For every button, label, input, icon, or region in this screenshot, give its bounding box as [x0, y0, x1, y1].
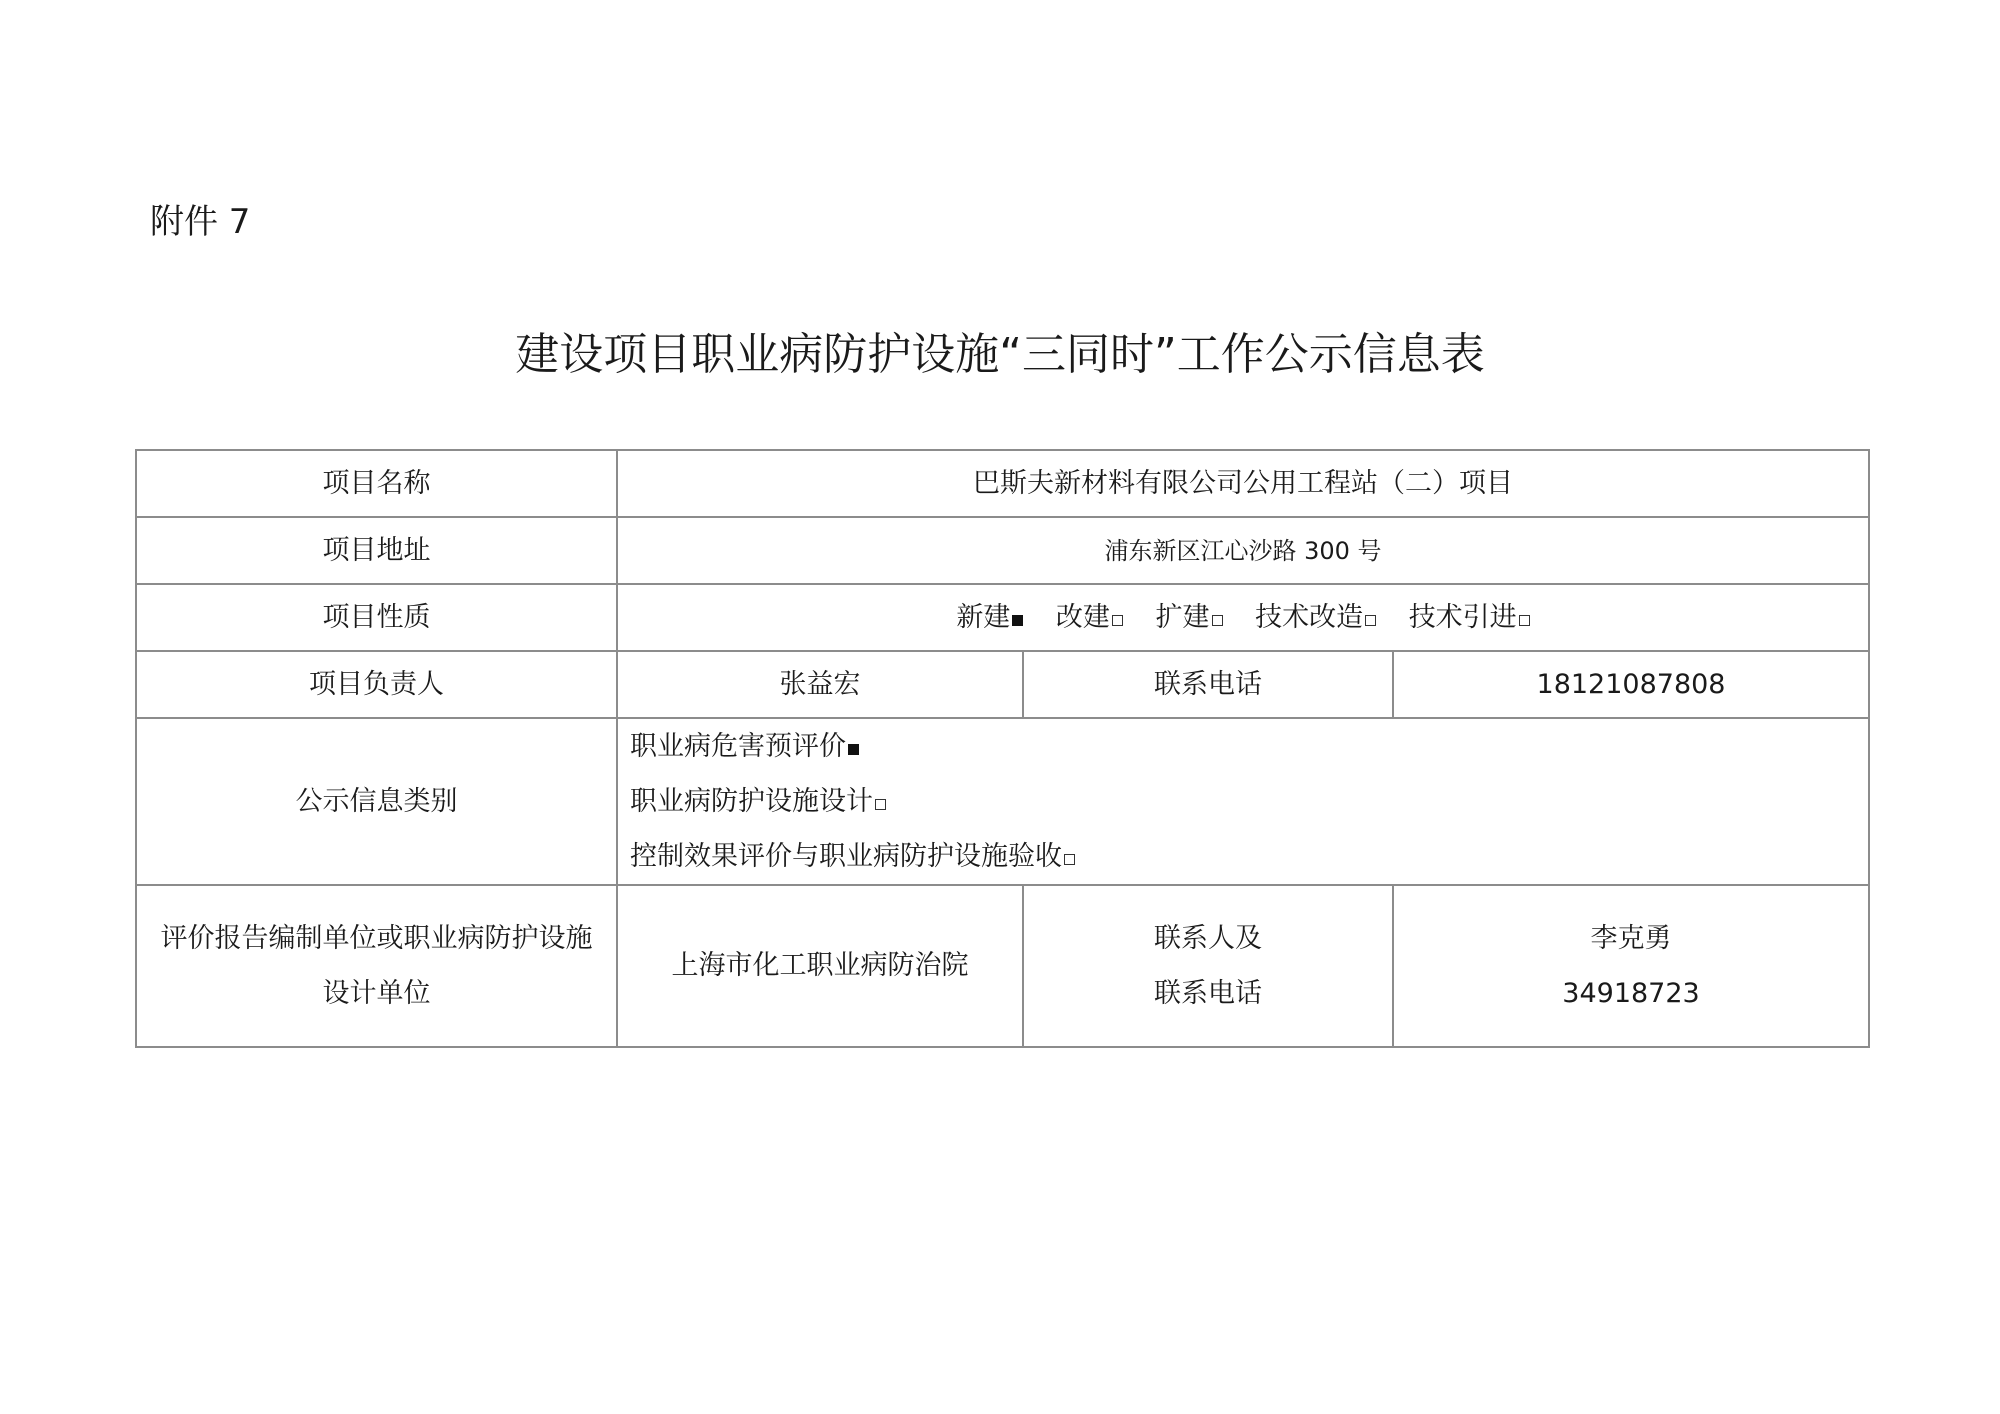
unchecked-box-icon	[1365, 615, 1376, 626]
table-row-info-category: 公示信息类别 职业病危害预评价 职业病防护设施设计 控制效果评价与职业病防护设施…	[136, 718, 1869, 885]
nature-option-label: 扩建	[1156, 602, 1210, 633]
contact-phone: 34918723	[1404, 966, 1858, 1021]
info-category-label: 公示信息类别	[136, 718, 617, 885]
project-name-label: 项目名称	[136, 450, 617, 517]
attachment-label: 附件 7	[150, 200, 250, 244]
evaluation-unit-label: 评价报告编制单位或职业病防护设施 设计单位	[136, 885, 617, 1047]
contact-name: 李克勇	[1404, 911, 1858, 966]
nature-option-expand[interactable]: 扩建	[1156, 598, 1223, 638]
checked-box-icon	[848, 744, 859, 755]
lead-phone-label: 联系电话	[1023, 651, 1393, 718]
evaluation-unit-label-line2: 设计单位	[147, 966, 606, 1021]
category-option-label: 职业病危害预评价	[630, 731, 846, 762]
evaluation-unit-label-line1: 评价报告编制单位或职业病防护设施	[147, 911, 606, 966]
contact-label: 联系人及 联系电话	[1023, 885, 1393, 1047]
contact-label-line1: 联系人及	[1034, 911, 1382, 966]
unchecked-box-icon	[1519, 615, 1530, 626]
nature-option-label: 技术改造	[1255, 602, 1363, 633]
table-row-project-address: 项目地址 浦东新区江心沙路 300 号	[136, 517, 1869, 584]
evaluation-unit-value: 上海市化工职业病防治院	[617, 885, 1023, 1047]
nature-option-label: 改建	[1056, 602, 1110, 633]
category-option-facility-design[interactable]: 职业病防护设施设计	[630, 774, 1858, 829]
category-option-label: 职业病防护设施设计	[630, 786, 873, 817]
nature-option-label: 技术引进	[1409, 602, 1517, 633]
project-lead-value: 张益宏	[617, 651, 1023, 718]
project-name-value: 巴斯夫新材料有限公司公用工程站（二）项目	[617, 450, 1869, 517]
project-lead-label: 项目负责人	[136, 651, 617, 718]
nature-option-new[interactable]: 新建	[956, 598, 1023, 638]
info-table: 项目名称 巴斯夫新材料有限公司公用工程站（二）项目 项目地址 浦东新区江心沙路 …	[135, 449, 1870, 1048]
nature-option-label: 新建	[956, 602, 1010, 633]
category-option-pre-evaluation[interactable]: 职业病危害预评价	[630, 719, 1858, 774]
nature-option-tech-import[interactable]: 技术引进	[1409, 598, 1530, 638]
info-category-options: 职业病危害预评价 职业病防护设施设计 控制效果评价与职业病防护设施验收	[617, 718, 1869, 885]
table-row-project-name: 项目名称 巴斯夫新材料有限公司公用工程站（二）项目	[136, 450, 1869, 517]
table-row-project-lead: 项目负责人 张益宏 联系电话 18121087808	[136, 651, 1869, 718]
category-option-label: 控制效果评价与职业病防护设施验收	[630, 841, 1062, 872]
lead-phone-value: 18121087808	[1393, 651, 1869, 718]
nature-option-tech-renovation[interactable]: 技术改造	[1255, 598, 1376, 638]
unchecked-box-icon	[1064, 854, 1075, 865]
contact-value: 李克勇 34918723	[1393, 885, 1869, 1047]
nature-option-rebuild[interactable]: 改建	[1056, 598, 1123, 638]
unchecked-box-icon	[875, 799, 886, 810]
unchecked-box-icon	[1112, 615, 1123, 626]
project-nature-label: 项目性质	[136, 584, 617, 651]
category-option-control-effect-acceptance[interactable]: 控制效果评价与职业病防护设施验收	[630, 829, 1858, 884]
table-row-evaluation-unit: 评价报告编制单位或职业病防护设施 设计单位 上海市化工职业病防治院 联系人及 联…	[136, 885, 1869, 1047]
project-address-value: 浦东新区江心沙路 300 号	[617, 517, 1869, 584]
table-row-project-nature: 项目性质 新建 改建 扩建 技术改造 技术引进	[136, 584, 1869, 651]
checked-box-icon	[1012, 615, 1023, 626]
unchecked-box-icon	[1212, 615, 1223, 626]
project-address-label: 项目地址	[136, 517, 617, 584]
contact-label-line2: 联系电话	[1034, 966, 1382, 1021]
project-nature-options: 新建 改建 扩建 技术改造 技术引进	[617, 584, 1869, 651]
page-title: 建设项目职业病防护设施“三同时”工作公示信息表	[0, 325, 2000, 385]
